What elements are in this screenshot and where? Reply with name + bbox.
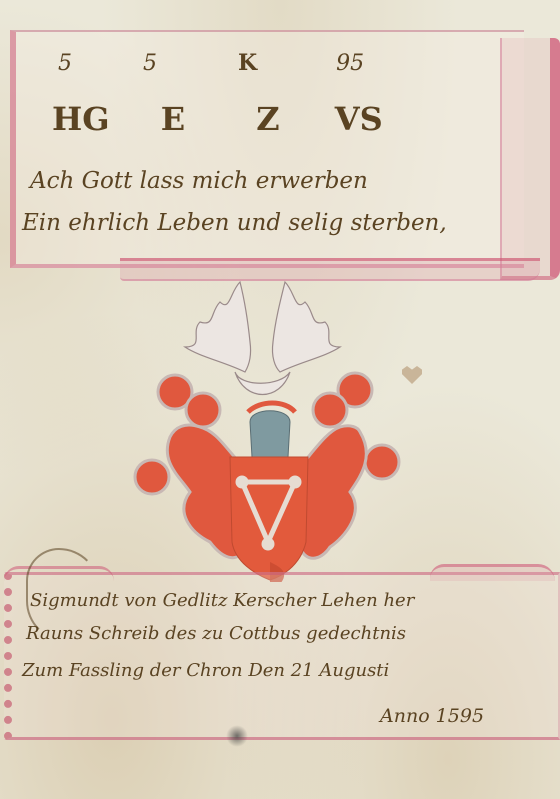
inscription-line-3: Zum Fassling der Chron Den 21 Augusti [22,660,389,681]
initials-1: HG [52,100,110,138]
inscription-line-1: Sigmundt von Gedlitz Kerscher Lehen her [30,590,414,611]
inscription-line-4: Anno 1595 [380,705,484,727]
digit-3: K [238,50,257,76]
header-digits: 5 5 K 95 [58,50,364,76]
ink-smudge [226,725,248,747]
initials-4: VS [335,100,383,138]
motto-line-2: Ein ehrlich Leben und selig sterben, [22,210,447,236]
inscription-line-2: Rauns Schreib des zu Cottbus gedechtnis [26,623,406,644]
helmet-icon [250,411,290,457]
manuscript-page: 5 5 K 95 HG E Z VS Ach Gott lass mich er… [0,0,560,799]
header-initials: HG E Z VS [52,100,383,138]
crest-wings-icon [185,282,340,395]
top-banner-curl [500,38,560,280]
initials-2: E [161,100,185,138]
digit-1: 5 [58,51,72,76]
shield-icon [230,457,308,580]
digit-4: 95 [336,51,364,76]
coat-of-arms-icon [130,262,410,582]
initials-3: Z [256,100,279,138]
bottom-banner-curl-right [430,564,555,581]
digit-2: 5 [143,51,157,76]
motto-line-1: Ach Gott lass mich erwerben [30,168,368,194]
